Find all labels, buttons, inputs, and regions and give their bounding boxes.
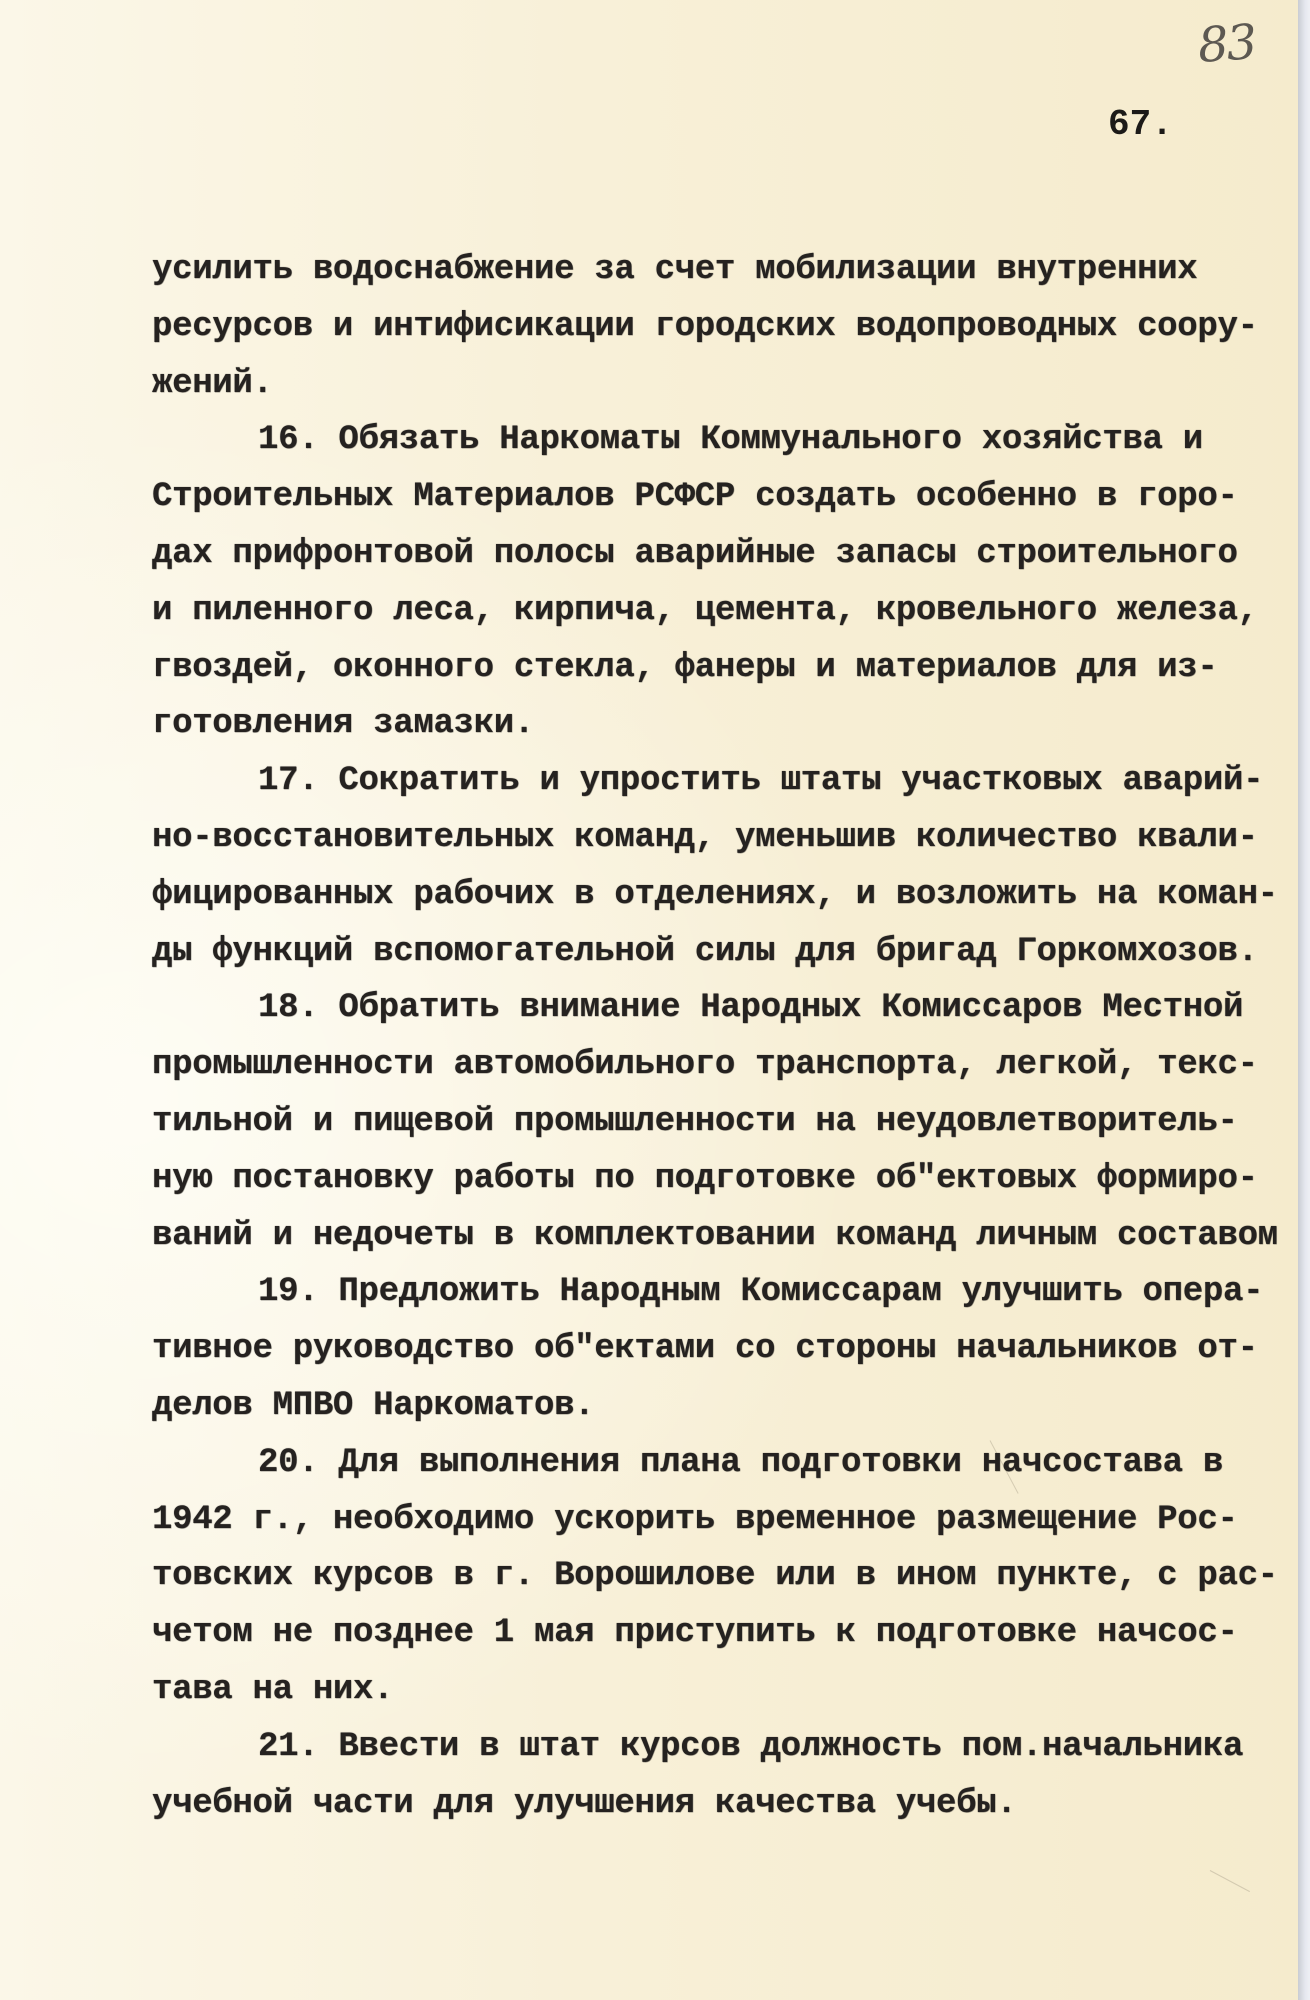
text-line: четом не позднее 1 мая приступить к подг…: [152, 1613, 1238, 1653]
paragraph-first-line: 20. Для выполнения плана подготовки начс…: [258, 1443, 1223, 1483]
text-line: ды функций вспомогательной силы для бриг…: [152, 932, 1258, 972]
text-line: тильной и пищевой промышленности на неуд…: [152, 1102, 1238, 1142]
text-line: ваний и недочеты в комплектовании команд…: [152, 1216, 1278, 1256]
text-line: дах прифронтовой полосы аварийные запасы…: [152, 534, 1238, 574]
text-line: гвоздей, оконного стекла, фанеры и матер…: [152, 648, 1217, 688]
text-line: но-восстановительных команд, уменьшив ко…: [152, 818, 1258, 858]
text-line: Строительных Материалов РСФСР создать ос…: [152, 477, 1238, 517]
text-line: жений.: [152, 364, 273, 404]
text-line: усилить водоснабжение за счет мобилизаци…: [152, 250, 1197, 290]
text-line: готовления замазки.: [152, 704, 534, 744]
paragraph-first-line: 17. Сократить и упростить штаты участков…: [258, 761, 1263, 801]
typed-text-body: усилить водоснабжение за счет мобилизаци…: [152, 0, 1302, 2000]
text-line: ресурсов и интифисикации городских водоп…: [152, 307, 1258, 347]
text-line: и пиленного леса, кирпича, цемента, кров…: [152, 591, 1258, 631]
text-line: фицированных рабочих в отделениях, и воз…: [152, 875, 1278, 915]
paragraph-first-line: 19. Предложить Народным Комиссарам улучш…: [258, 1272, 1263, 1312]
text-line: делов МПВО Наркоматов.: [152, 1386, 594, 1426]
text-line: ную постановку работы по подготовке об"е…: [152, 1159, 1258, 1199]
scanner-background-edge: [1298, 0, 1310, 2000]
document-page: 83 67. усилить водоснабжение за счет моб…: [0, 0, 1298, 2000]
paragraph-first-line: 18. Обратить внимание Народных Комиссаро…: [258, 988, 1243, 1028]
text-line: тава на них.: [152, 1670, 393, 1710]
text-line: промышленности автомобильного транспорта…: [152, 1045, 1258, 1085]
text-line: товских курсов в г. Ворошилове или в ино…: [152, 1556, 1278, 1596]
paragraph-first-line: 16. Обязать Наркоматы Коммунального хозя…: [258, 420, 1203, 460]
text-line: учебной части для улучшения качества уче…: [152, 1784, 1016, 1824]
text-line: 1942 г., необходимо ускорить временное р…: [152, 1500, 1238, 1540]
paragraph-first-line: 21. Ввести в штат курсов должность пом.н…: [258, 1727, 1243, 1767]
text-line: тивное руководство об"ектами со стороны …: [152, 1329, 1258, 1369]
